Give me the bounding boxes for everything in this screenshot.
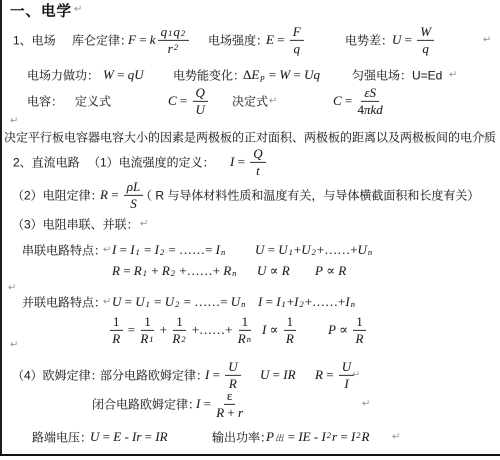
capacitor-factors-note: 决定平行板电容器电容大小的因素是两极板的正对面积、两极板的距离以及两极板间的电介… <box>4 129 496 146</box>
section-1-label: 1、电场 <box>13 32 56 49</box>
math-token: = <box>116 242 130 258</box>
math-token: I <box>155 242 159 258</box>
closed-ohm-formula: I = εR + r <box>196 389 245 419</box>
paragraph-mark: ↵ <box>140 219 148 230</box>
potential-difference-formula: U = Wq <box>392 25 436 55</box>
math-token: = <box>200 396 214 412</box>
terminal-voltage-formula: U = E - Ir = IR <box>90 429 168 445</box>
fraction: 1R <box>353 315 366 345</box>
math-token: U <box>301 242 310 258</box>
math-token: U <box>165 294 174 310</box>
math-token: F <box>293 25 301 39</box>
math-token: 1 <box>144 315 151 329</box>
math-token: ∝ <box>336 322 351 338</box>
math-token: = <box>266 67 280 83</box>
work-label: 电场力做功： <box>27 67 99 84</box>
math-token: W <box>103 67 114 83</box>
math-token: U <box>392 32 401 48</box>
paragraph-mark: ↵ <box>103 245 111 256</box>
subscript: 1 <box>168 29 172 38</box>
math-token: = <box>342 93 356 109</box>
paragraph-mark: ↵ <box>483 35 491 46</box>
fraction: εS4πkd <box>358 86 383 116</box>
math-token: U <box>358 242 367 258</box>
math-token: U <box>278 242 287 258</box>
math-token: U <box>196 103 205 117</box>
math-token: Q <box>253 147 262 161</box>
determining-label: 决定式 <box>232 93 268 110</box>
potential-energy-label: 电势能变化： <box>173 67 245 84</box>
fraction-denominator: R + r <box>216 405 243 420</box>
subscript: 2 <box>312 247 316 257</box>
math-token: = <box>209 367 223 383</box>
math-token: I <box>130 242 134 258</box>
paragraph-mark: ↵ <box>449 70 457 81</box>
math-token: R <box>216 406 224 420</box>
fraction-numerator: W <box>417 25 434 41</box>
math-token: R <box>286 332 294 346</box>
document-page: { "page": { "heading": "一、电学", "return_m… <box>0 0 500 460</box>
page-title: 一、电学 <box>10 0 72 21</box>
series-current-formula: I = I1 = I2 = ……= In <box>112 242 226 258</box>
math-token: W <box>279 67 290 83</box>
parallel-voltage-formula: U = U1 = U2 = ……= Un <box>112 294 246 310</box>
fraction: 1Rn <box>238 315 252 345</box>
math-token: k <box>150 32 156 48</box>
math-token: = <box>274 32 288 48</box>
math-token: E <box>266 32 274 48</box>
subscript: p <box>260 72 264 82</box>
paragraph-mark: ↵ <box>481 132 489 143</box>
math-token: ρL <box>127 180 140 194</box>
subscript: 2 <box>181 335 185 344</box>
math-token: IR <box>283 367 295 383</box>
parallel-current-proportion: I ∝ 1R <box>262 315 298 345</box>
section-2-label: 2、直流电路 <box>13 154 80 171</box>
fraction-denominator: R <box>286 331 294 346</box>
math-token: πkd <box>364 103 383 117</box>
math-token: r <box>168 42 173 56</box>
math-token: ε <box>227 389 232 403</box>
subscript: 出 <box>275 432 284 444</box>
capacitance-definition-formula: C = QU <box>168 86 210 116</box>
uniform-field-formula: 匀强电场：U=Ed <box>352 67 442 84</box>
resistance-law-formula: R = ρLS <box>100 180 145 210</box>
math-token: R <box>100 187 108 203</box>
subscript: 1 <box>143 268 147 278</box>
current-definition-formula: I = Qt <box>230 147 268 177</box>
math-token: = <box>177 93 191 109</box>
paragraph-mark: ↵ <box>362 399 370 410</box>
math-token: U <box>342 360 351 374</box>
math-token: I <box>276 294 280 310</box>
fraction: 1R2 <box>172 315 186 345</box>
superscript: 2 <box>174 43 178 52</box>
resistance-law-note: （ R 与导体材料性质和温度有关，与导体横截面积和长度有关） <box>140 187 479 204</box>
math-token: + <box>157 322 171 338</box>
math-token: E <box>113 429 121 445</box>
math-token: U <box>135 294 144 310</box>
math-token: I <box>351 429 355 445</box>
math-token: U <box>255 242 264 258</box>
math-token: U <box>90 429 99 445</box>
math-token: = <box>121 294 135 310</box>
math-token: 1 <box>176 315 183 329</box>
math-token: P <box>315 263 323 279</box>
fraction-denominator: I <box>344 376 348 391</box>
math-token: = <box>108 187 122 203</box>
ohm-law-label: （4）欧姆定律： <box>12 367 103 384</box>
page-edge-left <box>0 0 2 456</box>
partial-ohm-formula-3: R = UI <box>315 360 356 390</box>
subscript: 2 <box>175 299 179 309</box>
fraction-numerator: F <box>290 25 304 41</box>
math-token: R <box>172 332 180 346</box>
math-token: C <box>168 93 177 109</box>
math-token: W <box>420 25 431 39</box>
subscript: n <box>241 299 245 309</box>
fraction-numerator: U <box>225 360 240 376</box>
subscript: 2 <box>299 299 303 309</box>
series-parallel-label: （3）电阻串联、并联： <box>12 216 139 233</box>
math-token: = <box>114 67 128 83</box>
partial-circuit-ohm-label: 部分电路欧姆定律： <box>100 367 208 384</box>
math-token: = <box>323 367 337 383</box>
math-token: q <box>173 25 180 39</box>
paragraph-mark: ↵ <box>8 283 16 294</box>
math-token: = <box>141 242 155 258</box>
math-token: 1 <box>287 315 294 329</box>
subscript: 1 <box>282 299 286 309</box>
fraction: 1R <box>284 315 297 345</box>
fraction-numerator: 1 <box>353 315 366 331</box>
math-token: P <box>266 429 274 445</box>
math-token: U <box>112 294 121 310</box>
math-token: R <box>112 332 120 346</box>
math-token: = <box>262 294 276 310</box>
math-token: I <box>345 294 349 310</box>
math-token: U <box>257 263 266 279</box>
math-token: + <box>294 242 301 258</box>
math-token: R <box>238 332 246 346</box>
fraction-numerator: q1q2 <box>158 25 190 41</box>
paragraph-mark: ↵ <box>10 340 18 351</box>
paragraph-mark: ↵ <box>10 116 18 127</box>
math-token: q <box>294 42 301 56</box>
fraction-numerator: 1 <box>110 315 123 331</box>
output-power-formula: P出 = IE - I2r = I2R <box>266 429 369 445</box>
fraction: 1R1 <box>140 315 154 345</box>
math-token: Ir <box>132 429 141 445</box>
series-resistance-formula: R = R1 + R2 +……+ Rn <box>112 263 237 279</box>
fraction: q1q2r2 <box>158 25 190 55</box>
series-voltage-formula: U = U1+U2+……+Un <box>255 242 373 258</box>
fraction: Qt <box>250 147 265 177</box>
math-token: U <box>260 367 269 383</box>
subscript: 1 <box>289 247 293 257</box>
math-token: = <box>264 242 278 258</box>
math-token: qU <box>128 67 144 83</box>
partial-ohm-formula-2: U = IR <box>260 367 296 383</box>
math-token: r <box>238 406 243 420</box>
math-token: I <box>321 429 325 445</box>
math-token: - <box>121 429 132 445</box>
math-token: R <box>134 263 142 279</box>
math-token: IE <box>298 429 310 445</box>
fraction: UR <box>225 360 240 390</box>
fraction-denominator: R <box>112 331 120 346</box>
partial-ohm-formula-1: I = UR <box>205 360 243 390</box>
math-token: I <box>344 377 348 391</box>
math-token: R <box>223 263 231 279</box>
fraction: QU <box>193 86 208 116</box>
subscript: n <box>351 299 355 309</box>
fraction-denominator: R2 <box>172 331 186 346</box>
math-token: = <box>125 322 139 338</box>
math-token: = <box>151 294 165 310</box>
math-token: +……+ <box>176 263 223 279</box>
superscript: 2 <box>356 430 360 440</box>
fraction: εR + r <box>216 389 243 419</box>
series-voltage-proportion: U ∝ R <box>257 263 290 279</box>
series-circuit-label: 串联电路特点： <box>22 242 106 259</box>
field-strength-label: 电场强度： <box>208 32 268 49</box>
math-token: = <box>284 429 298 445</box>
math-token: IR <box>155 429 167 445</box>
fraction-numerator: ε <box>224 389 235 405</box>
math-token: t <box>256 164 260 178</box>
subscript: 1 <box>149 335 153 344</box>
subscript: n <box>247 335 251 344</box>
closed-circuit-ohm-label: 闭合电路欧姆定律： <box>92 396 200 413</box>
math-token: = <box>120 263 134 279</box>
math-token: I <box>216 242 220 258</box>
fraction-denominator: R <box>356 331 364 346</box>
math-token: = <box>141 429 155 445</box>
subscript: n <box>232 268 236 278</box>
output-power-label: 输出功率： <box>212 429 272 446</box>
fraction-denominator: Rn <box>238 331 252 346</box>
math-token: 1 <box>113 315 120 329</box>
paragraph-mark: ↵ <box>447 190 455 201</box>
field-strength-formula: E = Fq <box>266 25 306 55</box>
fraction-denominator: R1 <box>140 331 154 346</box>
math-token: q <box>161 25 168 39</box>
paragraph-mark: ↵ <box>74 4 82 15</box>
math-token: R <box>282 263 290 279</box>
math-token: = ……= <box>180 294 230 310</box>
math-token: = ……= <box>165 242 215 258</box>
fraction-denominator: q <box>422 41 429 56</box>
terminal-voltage-label: 路端电压： <box>32 429 92 446</box>
potential-energy-formula: ΔEp = W = Uq <box>243 67 320 83</box>
parallel-circuit-label: 并联电路特点： <box>22 294 106 311</box>
math-token: R <box>338 263 346 279</box>
resistance-law-label: （2）电阻定律： <box>12 187 103 204</box>
math-token: Q <box>196 86 205 100</box>
fraction-denominator: S <box>130 196 137 211</box>
fraction-numerator: 1 <box>173 315 186 331</box>
math-token: = <box>99 429 113 445</box>
capacitance-label: 电容： <box>27 93 63 110</box>
coulomb-law-formula: F = kq1q2r2 <box>128 25 191 55</box>
subscript: 1 <box>146 299 150 309</box>
potential-difference-label: 电势差： <box>345 32 393 49</box>
fraction-denominator: t <box>256 163 260 178</box>
math-token: +……+ <box>317 242 358 258</box>
math-token: +……+ <box>189 322 236 338</box>
math-token: = <box>401 32 415 48</box>
fraction-denominator: U <box>196 102 205 117</box>
paragraph-mark: ↵ <box>103 297 111 308</box>
fraction-numerator: 1 <box>284 315 297 331</box>
definition-label: 定义式 <box>75 93 111 110</box>
page-edge-bottom <box>0 454 500 456</box>
fraction: Fq <box>290 25 304 55</box>
math-token: ∝ <box>266 263 281 279</box>
math-token: + <box>148 263 162 279</box>
fraction-numerator: εS <box>361 86 379 102</box>
series-power-proportion: P ∝ R <box>315 263 346 279</box>
fraction: Wq <box>417 25 434 55</box>
math-token: = <box>269 367 283 383</box>
subscript: 2 <box>160 247 164 257</box>
math-token: q <box>422 42 429 56</box>
subscript: 2 <box>171 268 175 278</box>
math-token: + <box>224 406 238 420</box>
math-token: E <box>251 67 259 83</box>
subscript: 2 <box>181 29 185 38</box>
current-definition-label: （1）电流强度的定义： <box>88 154 215 171</box>
math-token: = <box>234 154 248 170</box>
math-token: R <box>140 332 148 346</box>
math-token: Uq <box>304 67 320 83</box>
math-token: +……+ <box>305 294 346 310</box>
math-token: 1 <box>356 315 363 329</box>
fraction-denominator: 4πkd <box>358 102 383 117</box>
capacitance-determining-formula: C = εS4πkd <box>333 86 385 116</box>
math-token: = <box>136 32 150 48</box>
fraction-numerator: Q <box>193 86 208 102</box>
paragraph-mark: ↵ <box>269 96 277 107</box>
math-token: R <box>362 429 370 445</box>
math-token: = <box>337 429 351 445</box>
parallel-power-proportion: P ∝ 1R <box>328 315 368 345</box>
math-token: R <box>315 367 323 383</box>
math-token: - <box>311 429 322 445</box>
math-token: ∝ <box>266 322 281 338</box>
math-token: = <box>290 67 304 83</box>
math-token: U <box>231 294 240 310</box>
math-token: εS <box>364 86 376 100</box>
fraction: 1R <box>110 315 123 345</box>
fraction-numerator: 1 <box>239 315 252 331</box>
math-token: 1 <box>242 315 249 329</box>
subscript: 1 <box>136 247 140 257</box>
parallel-resistance-formula: 1R = 1R1 + 1R2 +……+ 1Rn <box>108 315 254 345</box>
fraction-numerator: 1 <box>141 315 154 331</box>
fraction-denominator: q <box>294 41 301 56</box>
fraction-denominator: r2 <box>168 41 179 56</box>
work-formula: W = qU <box>103 67 144 83</box>
subscript: n <box>368 247 372 257</box>
fraction-numerator: Q <box>250 147 265 163</box>
math-token: I <box>294 294 298 310</box>
math-token: S <box>130 197 137 211</box>
paragraph-mark: ↵ <box>352 370 360 381</box>
paragraph-mark: ↵ <box>392 432 400 443</box>
math-token: R <box>162 263 170 279</box>
math-token: ∝ <box>323 263 338 279</box>
superscript: 2 <box>327 430 331 440</box>
math-token: C <box>333 93 342 109</box>
parallel-current-formula: I = I1+I2+……+In <box>258 294 356 310</box>
math-token: P <box>328 322 336 338</box>
coulomb-law-label: 库仑定律： <box>72 32 132 49</box>
math-token: F <box>128 32 136 48</box>
math-token: U <box>228 360 237 374</box>
math-token: R <box>356 332 364 346</box>
subscript: n <box>221 247 225 257</box>
math-token: R <box>112 263 120 279</box>
